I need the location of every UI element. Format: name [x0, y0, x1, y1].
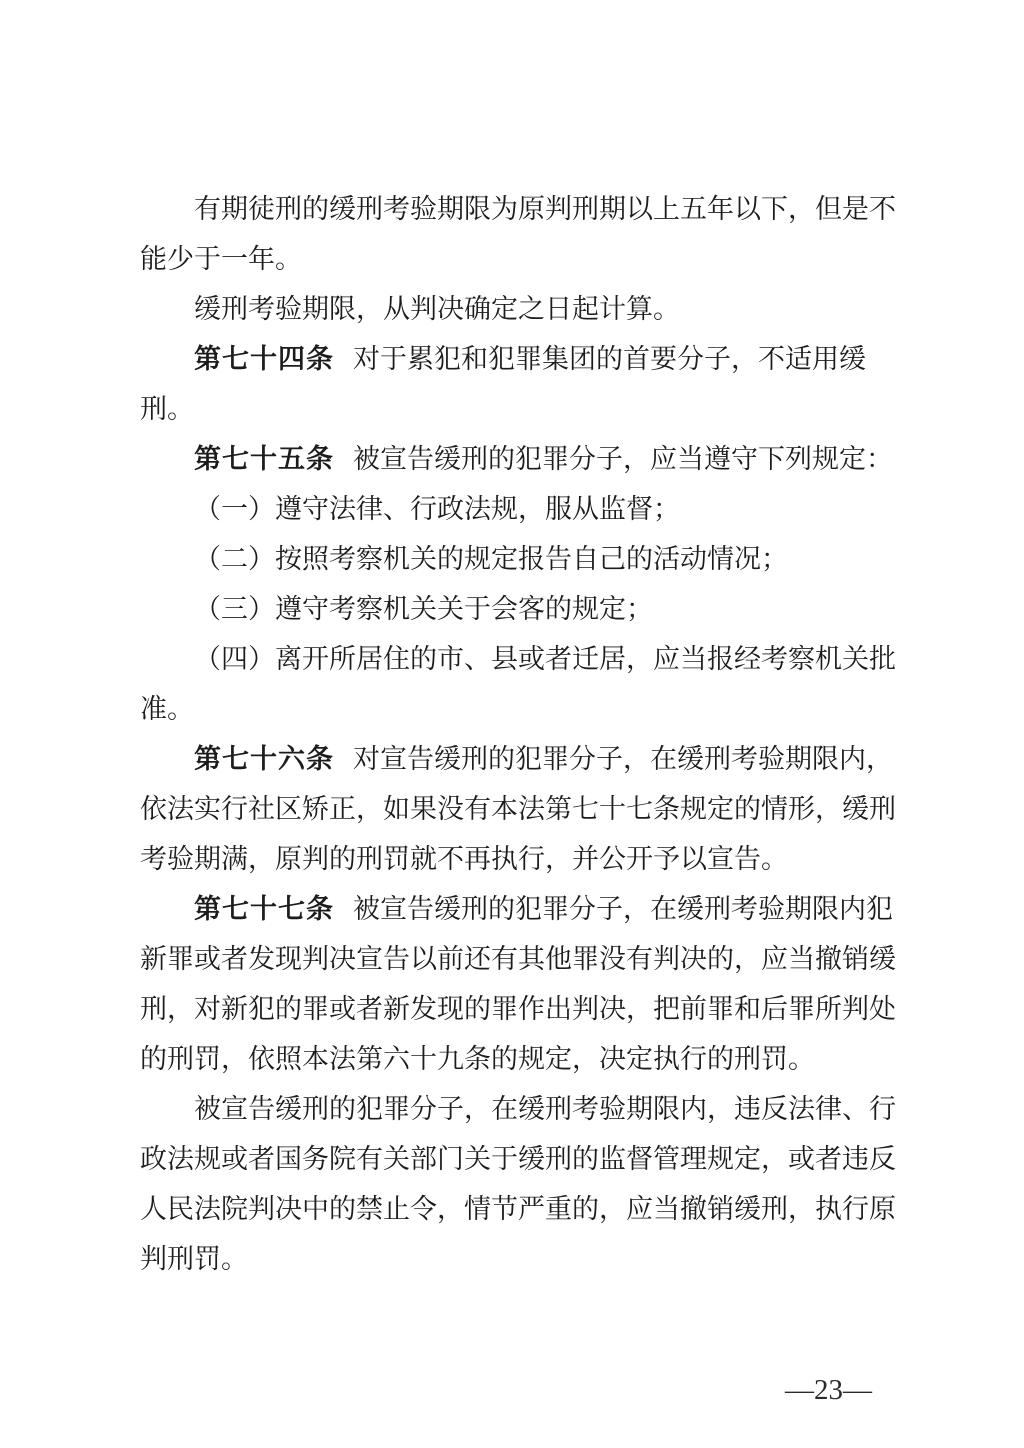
line-text: （一）遵守法律、行政法规，服从监督； [194, 494, 680, 524]
text-line: 第七十六条对宣告缓刑的犯罪分子，在缓刑考验期限内， [140, 734, 904, 784]
line-text: 人民法院判决中的禁止令，情节严重的，应当撤销缓刑，执行原 [140, 1194, 896, 1224]
line-text: （二）按照考察机关的规定报告自己的活动情况； [194, 544, 788, 574]
line-text: 能少于一年。 [140, 244, 302, 274]
article-number: 第七十七条 [194, 894, 334, 924]
text-line: 依法实行社区矫正，如果没有本法第七十七条规定的情形，缓刑 [140, 784, 904, 834]
line-text: 被宣告缓刑的犯罪分子，在缓刑考验期限内，违反法律、行 [194, 1094, 896, 1124]
line-text: 刑，对新犯的罪或者新发现的罪作出判决，把前罪和后罪所判处 [140, 994, 896, 1024]
text-line: 刑，对新犯的罪或者新发现的罪作出判决，把前罪和后罪所判处 [140, 984, 904, 1034]
text-line: 刑。 [140, 384, 904, 434]
text-line: 第七十四条对于累犯和犯罪集团的首要分子，不适用缓 [140, 334, 904, 384]
article-number: 第七十六条 [194, 744, 334, 774]
text-line: （二）按照考察机关的规定报告自己的活动情况； [140, 534, 904, 584]
article-number: 第七十四条 [194, 344, 334, 374]
line-text: 对于累犯和犯罪集团的首要分子，不适用缓 [353, 344, 866, 374]
line-text: 刑。 [140, 394, 194, 424]
line-text: 判刑罚。 [140, 1244, 248, 1274]
line-text: 新罪或者发现判决宣告以前还有其他罪没有判决的，应当撤销缓 [140, 944, 896, 974]
line-text: （四）离开所居住的市、县或者迁居，应当报经考察机关批 [194, 644, 896, 674]
document-body: 有期徒刑的缓刑考验期限为原判刑期以上五年以下，但是不 能少于一年。 缓刑考验期限… [140, 184, 904, 1284]
text-line: 判刑罚。 [140, 1234, 904, 1284]
line-text: 被宣告缓刑的犯罪分子，应当遵守下列规定： [353, 444, 893, 474]
text-line: 考验期满，原判的刑罚就不再执行，并公开予以宣告。 [140, 834, 904, 884]
text-line: 的刑罚，依照本法第六十九条的规定，决定执行的刑罚。 [140, 1034, 904, 1084]
line-text: 有期徒刑的缓刑考验期限为原判刑期以上五年以下，但是不 [194, 194, 896, 224]
line-text: 政法规或者国务院有关部门关于缓刑的监督管理规定，或者违反 [140, 1144, 896, 1174]
text-line: 被宣告缓刑的犯罪分子，在缓刑考验期限内，违反法律、行 [140, 1084, 904, 1134]
text-line: 新罪或者发现判决宣告以前还有其他罪没有判决的，应当撤销缓 [140, 934, 904, 984]
text-line: 第七十七条被宣告缓刑的犯罪分子，在缓刑考验期限内犯 [140, 884, 904, 934]
document-page: 有期徒刑的缓刑考验期限为原判刑期以上五年以下，但是不 能少于一年。 缓刑考验期限… [0, 0, 1024, 1448]
text-line: （一）遵守法律、行政法规，服从监督； [140, 484, 904, 534]
line-text: 对宣告缓刑的犯罪分子，在缓刑考验期限内， [353, 744, 893, 774]
line-text: 考验期满，原判的刑罚就不再执行，并公开予以宣告。 [140, 844, 788, 874]
line-text: 的刑罚，依照本法第六十九条的规定，决定执行的刑罚。 [140, 1044, 815, 1074]
text-line: （三）遵守考察机关关于会客的规定； [140, 584, 904, 634]
article-number: 第七十五条 [194, 444, 334, 474]
line-text: 准。 [140, 694, 194, 724]
line-text: （三）遵守考察机关关于会客的规定； [194, 594, 653, 624]
text-line: 有期徒刑的缓刑考验期限为原判刑期以上五年以下，但是不 [140, 184, 904, 234]
page-number: —23— [785, 1372, 872, 1408]
text-line: （四）离开所居住的市、县或者迁居，应当报经考察机关批 [140, 634, 904, 684]
line-text: 缓刑考验期限，从判决确定之日起计算。 [194, 294, 680, 324]
text-line: 缓刑考验期限，从判决确定之日起计算。 [140, 284, 904, 334]
text-line: 能少于一年。 [140, 234, 904, 284]
text-line: 人民法院判决中的禁止令，情节严重的，应当撤销缓刑，执行原 [140, 1184, 904, 1234]
text-line: 第七十五条被宣告缓刑的犯罪分子，应当遵守下列规定： [140, 434, 904, 484]
line-text: 被宣告缓刑的犯罪分子，在缓刑考验期限内犯 [353, 894, 893, 924]
text-line: 准。 [140, 684, 904, 734]
text-line: 政法规或者国务院有关部门关于缓刑的监督管理规定，或者违反 [140, 1134, 904, 1184]
line-text: 依法实行社区矫正，如果没有本法第七十七条规定的情形，缓刑 [140, 794, 896, 824]
